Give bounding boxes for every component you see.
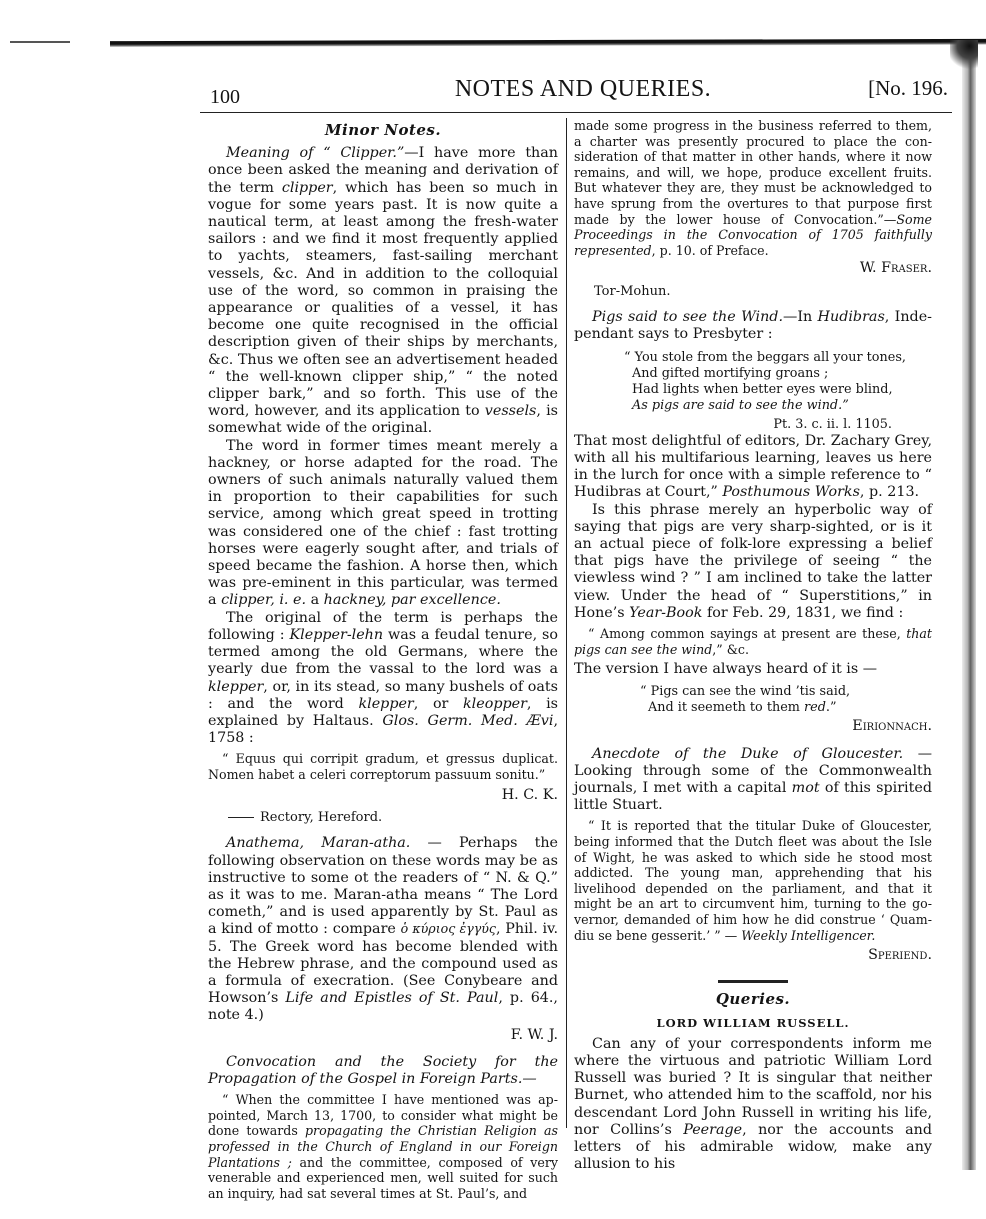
place-rectory: Rectory, Hereford. bbox=[208, 810, 558, 826]
query-title: LORD WILLIAM RUSSELL. bbox=[574, 1015, 932, 1032]
article-clipper-para-3: The original of the term is perhaps the … bbox=[208, 610, 558, 748]
convocation-continued: made some progress in the business refer… bbox=[574, 118, 932, 258]
article-convocation-quote: “ When the committee I have mentioned wa… bbox=[208, 1092, 558, 1201]
article-title: Convocation and the Society for the Prop… bbox=[208, 1054, 558, 1087]
verse-reference: Pt. 3. c. ii. l. 1105. bbox=[574, 416, 932, 433]
column-divider bbox=[566, 118, 567, 1128]
left-column: Minor Notes. Meaning of “ Clipper.”—I ha… bbox=[208, 118, 566, 1205]
article-title: Pigs said to see the Wind. bbox=[592, 309, 783, 325]
two-column-body: Minor Notes. Meaning of “ Clipper.”—I ha… bbox=[208, 118, 958, 1205]
section-heading-minor-notes: Minor Notes. bbox=[208, 122, 558, 139]
binding-shadow bbox=[962, 40, 976, 1170]
header-rule bbox=[200, 112, 952, 113]
scan-top-shadow bbox=[110, 39, 986, 47]
version-line: The version I have always heard of it is… bbox=[574, 661, 932, 678]
right-column: made some progress in the business refer… bbox=[574, 118, 932, 1205]
article-clipper-para-2: The word in former times meant merely a … bbox=[208, 438, 558, 610]
article-title: Meaning of “ Clipper.” bbox=[226, 145, 404, 161]
signature-fraser: W. Fraser. bbox=[574, 260, 932, 277]
hone-quote: “ Among common sayings at present are th… bbox=[574, 626, 932, 657]
signature-speriend: Speriend. bbox=[574, 947, 932, 964]
article-convocation-title: Convocation and the Society for the Prop… bbox=[208, 1054, 558, 1088]
section-heading-queries: Queries. bbox=[574, 991, 932, 1008]
signature-eirionnach: Eirionnach. bbox=[574, 718, 932, 735]
article-anathema: Anathema, Maran-atha. — Perhaps the foll… bbox=[208, 835, 558, 1024]
intelligencer-quote: “ It is reported that the titular Duke o… bbox=[574, 818, 932, 943]
article-clipper-para-1: Meaning of “ Clipper.”—I have more than … bbox=[208, 145, 558, 437]
dash-rule bbox=[228, 817, 254, 818]
section-divider-rule bbox=[718, 980, 788, 983]
pigs-couplet: “ Pigs can see the wind ’tis said, And i… bbox=[574, 684, 932, 716]
article-title: Anecdote of the Duke of Gloucester. bbox=[592, 746, 903, 762]
place-tor-mohun: Tor-Mohun. bbox=[574, 284, 932, 300]
query-russell: Can any of your correspondents inform me… bbox=[574, 1036, 932, 1174]
scan-edge-artifact bbox=[10, 41, 70, 43]
article-pigs-para-a: That most delightful of editors, Dr. Zac… bbox=[574, 433, 932, 502]
journal-title: NOTES AND QUERIES. bbox=[208, 76, 958, 103]
signature-fwj: F. W. J. bbox=[208, 1027, 558, 1044]
article-gloucester: Anecdote of the Duke of Gloucester. — Lo… bbox=[574, 746, 932, 815]
latin-quotation: “ Equus qui corripit gradum, et gressus … bbox=[208, 751, 558, 782]
greek-phrase: ὁ κύριος ἐγγύς bbox=[401, 921, 496, 936]
binding-corner-shadow bbox=[950, 40, 978, 70]
running-head: 100 NOTES AND QUERIES. [No. 196. bbox=[208, 70, 958, 110]
signature-hck: H. C. K. bbox=[208, 787, 558, 804]
page: 100 NOTES AND QUERIES. [No. 196. Minor N… bbox=[208, 70, 958, 110]
article-pigs-intro: Pigs said to see the Wind.—In Hudibras, … bbox=[574, 309, 932, 343]
article-title: Anathema, Maran-atha. bbox=[226, 835, 410, 851]
hudibras-verse: “ You stole from the beggars all your to… bbox=[574, 350, 932, 414]
issue-number: [No. 196. bbox=[868, 76, 948, 101]
article-pigs-para-b: Is this phrase merely an hyperbolic way … bbox=[574, 502, 932, 622]
